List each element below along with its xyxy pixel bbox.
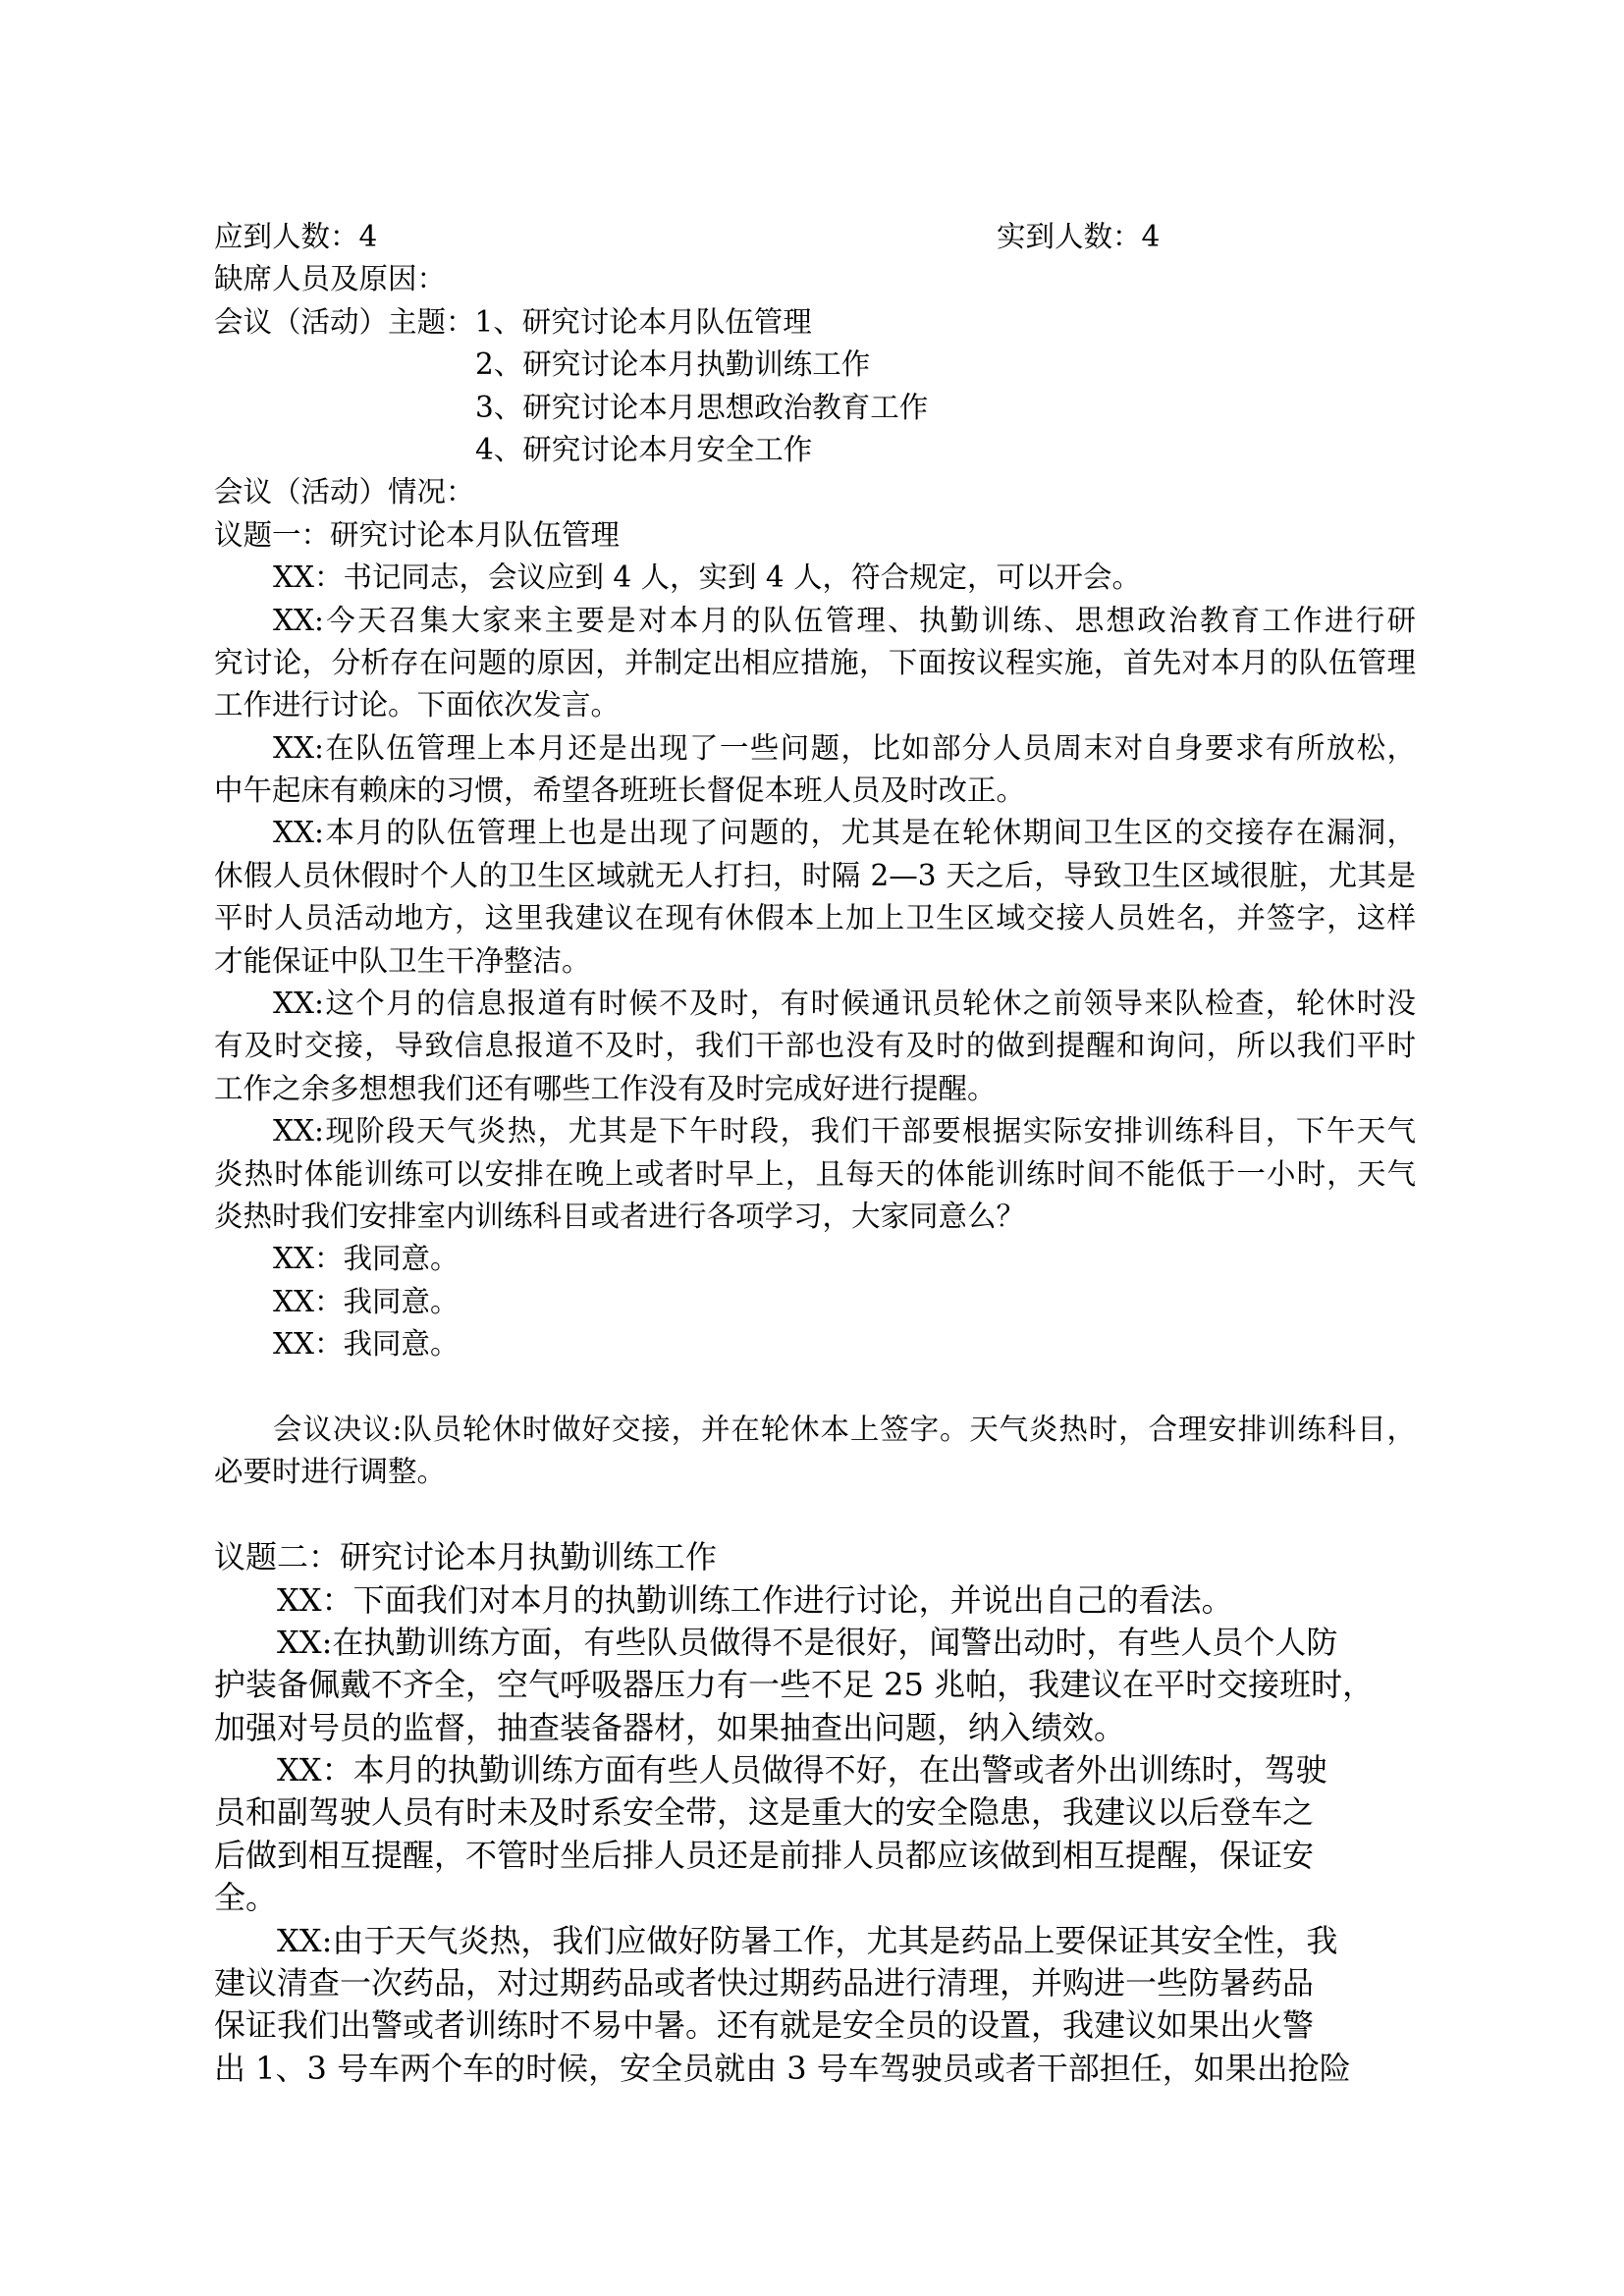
blank-line [214,1494,1416,1536]
text-line: XX:今天召集大家来主要是对本月的队伍管理、执勤训练、思想政治教育工作进行研 [214,600,1416,642]
text-line: XX：本月的执勤训练方面有些人员做得不好，在出警或者外出训练时，驾驶 [214,1749,1416,1791]
text-line: XX:现阶段天气炎热，尤其是下午时段，我们干部要根据实际安排训练科目，下午天气 [214,1110,1416,1152]
text-line: XX:在队伍管理上本月还是出现了一些问题，比如部分人员周末对自身要求有所放松， [214,727,1416,770]
text-line: 全。 [214,1877,1416,1919]
text-line: XX:本月的队伍管理上也是出现了问题的，尤其是在轮休期间卫生区的交接存在漏洞， [214,812,1416,854]
text-line: XX：我同意。 [214,1323,1416,1365]
text-line: 缺席人员及原因： [214,258,1416,300]
text-line: 应到人数：4实到人数：4 [214,216,1416,258]
text-line: 工作进行讨论。下面依次发言。 [214,684,1416,726]
text-line: 炎热时体能训练可以安排在晚上或者时早上，且每天的体能训练时间不能低于一小时，天气 [214,1153,1416,1196]
text-line: 炎热时我们安排室内训练科目或者进行各项学习，大家同意么？ [214,1196,1416,1238]
text-line: 有及时交接，导致信息报道不及时，我们干部也没有及时的做到提醒和询问，所以我们平时 [214,1025,1416,1067]
text-line: XX：我同意。 [214,1281,1416,1323]
text-line: 护装备佩戴不齐全，空气呼吸器压力有一些不足 25 兆帕，我建议在平时交接班时， [214,1664,1416,1706]
text-line: XX：下面我们对本月的执勤训练工作进行讨论，并说出自己的看法。 [214,1579,1416,1622]
text-line: 出 1、3 号车两个车的时候，安全员就由 3 号车驾驶员或者干部担任，如果出抢险 [214,2048,1416,2090]
text-line: 议题二：研究讨论本月执勤训练工作 [214,1536,1416,1578]
text-line: 议题一：研究讨论本月队伍管理 [214,514,1416,557]
text-line: XX：书记同志，会议应到 4 人，实到 4 人，符合规定，可以开会。 [214,557,1416,599]
text-line: 中午起床有赖床的习惯，希望各班班长督促本班人员及时改正。 [214,770,1416,812]
text-line: 3、研究讨论本月思想政治教育工作 [214,387,1416,429]
text-line: XX:这个月的信息报道有时候不及时，有时候通讯员轮休之前领导来队检查，轮休时没 [214,983,1416,1025]
meeting-minutes-page: 应到人数：4实到人数：4缺席人员及原因：会议（活动）主题：1、研究讨论本月队伍管… [0,0,1624,2296]
text-line: 平时人员活动地方，这里我建议在现有休假本上加上卫生区域交接人员姓名，并签字，这样 [214,897,1416,939]
text-line: 会议（活动）主题：1、研究讨论本月队伍管理 [214,301,1416,344]
text-line: 究讨论，分析存在问题的原因，并制定出相应措施，下面按议程实施，首先对本月的队伍管… [214,642,1416,684]
text-line: 建议清查一次药品，对过期药品或者快过期药品进行清理，并购进一些防暑药品 [214,1962,1416,2004]
text-line: 必要时进行调整。 [214,1451,1416,1493]
text-line: 会议决议:队员轮休时做好交接，并在轮休本上签字。天气炎热时，合理安排训练科目， [214,1409,1416,1451]
text-line: 工作之余多想想我们还有哪些工作没有及时完成好进行提醒。 [214,1068,1416,1110]
blank-line [214,1366,1416,1409]
text-line: 后做到相互提醒，不管时坐后排人员还是前排人员都应该做到相互提醒，保证安 [214,1835,1416,1877]
text-line: 加强对号员的监督，抽查装备器材，如果抽查出问题，纳入绩效。 [214,1707,1416,1749]
text-line: 保证我们出警或者训练时不易中暑。还有就是安全员的设置，我建议如果出火警 [214,2004,1416,2047]
text-line: 休假人员休假时个人的卫生区域就无人打扫，时隔 2—3 天之后，导致卫生区域很脏，… [214,855,1416,897]
text-line: 员和副驾驶人员有时未及时系安全带，这是重大的安全隐患，我建议以后登车之 [214,1791,1416,1834]
text-line: 4、研究讨论本月安全工作 [214,429,1416,471]
text-line: XX:在执勤训练方面，有些队员做得不是很好，闻警出动时，有些人员个人防 [214,1622,1416,1664]
attendance-actual-count: 实到人数：4 [997,216,1160,258]
text-line: XX：我同意。 [214,1238,1416,1280]
text-line: 才能保证中队卫生干净整洁。 [214,940,1416,983]
text-line: 2、研究讨论本月执勤训练工作 [214,344,1416,386]
text-line: 会议（活动）情况： [214,471,1416,513]
text-line: XX:由于天气炎热，我们应做好防暑工作，尤其是药品上要保证其安全性，我 [214,1920,1416,1962]
